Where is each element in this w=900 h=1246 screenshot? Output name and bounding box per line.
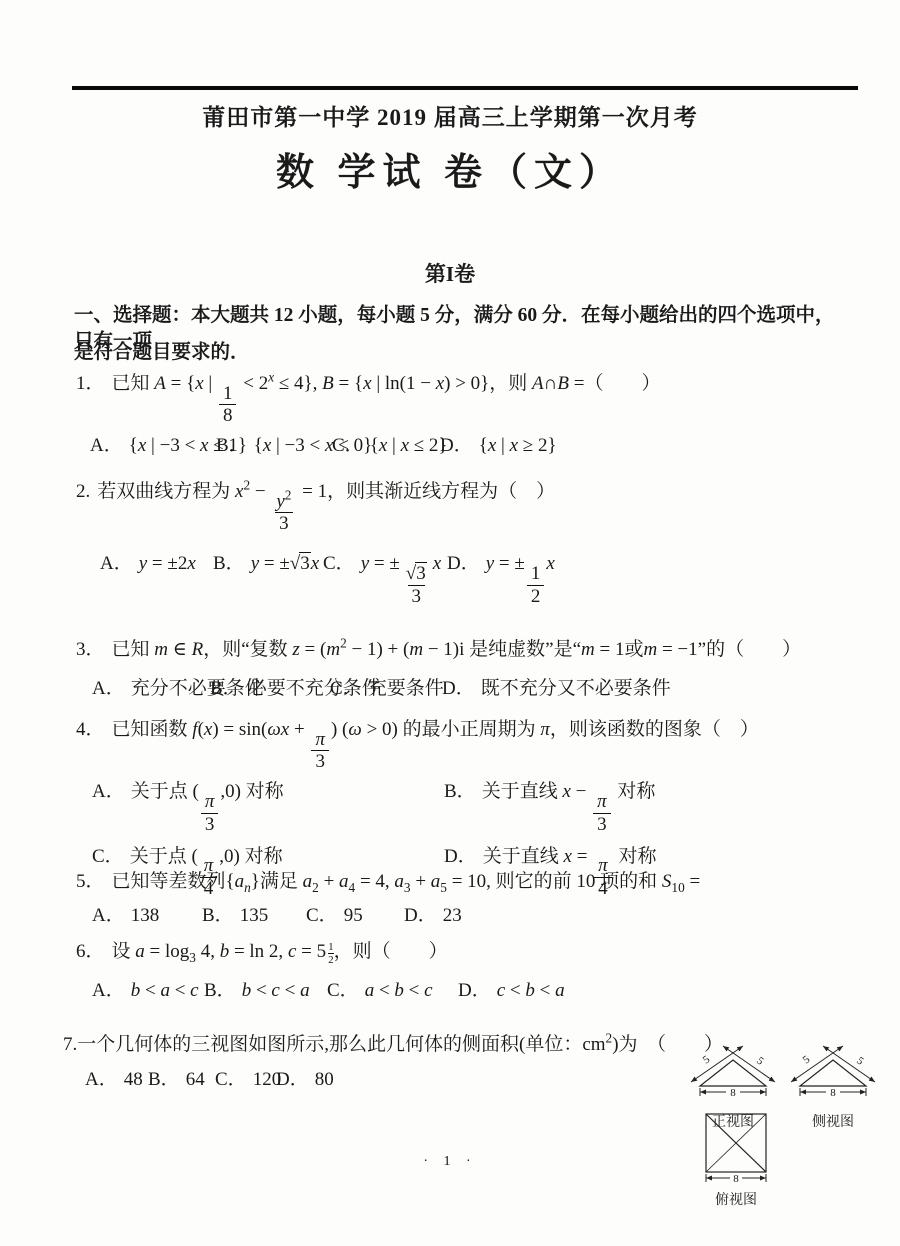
math-token: 3 bbox=[408, 585, 426, 607]
math-token: = 1，则其渐近线方程为（ ） bbox=[297, 481, 555, 502]
option-b: B．b < c < a bbox=[204, 979, 327, 1004]
math-token: c bbox=[424, 980, 432, 1001]
math-token: = { bbox=[166, 373, 195, 394]
option-a: A．138 bbox=[92, 904, 202, 929]
math-token: < bbox=[505, 980, 525, 1001]
math-token: 135 bbox=[240, 905, 269, 926]
option-a: A．{x | −3 < x ≤ 1} bbox=[90, 434, 216, 459]
math-token: 64 bbox=[186, 1069, 205, 1090]
math-token: x bbox=[363, 373, 371, 394]
dim-label: 8 bbox=[733, 1173, 739, 1185]
math-token: < bbox=[280, 980, 300, 1001]
math-token: 10 bbox=[671, 880, 684, 895]
math-token: 3 bbox=[416, 563, 426, 584]
option-d: D．y = ±12x bbox=[447, 552, 555, 606]
question-stem: 3．已知 m ∈ R，则“复数 z = (m2 − 1) + (m − 1)i … bbox=[76, 638, 866, 663]
option-label: C． bbox=[306, 905, 338, 926]
math-token: a bbox=[303, 871, 313, 892]
math-token: √3 bbox=[402, 564, 431, 585]
math-token: | bbox=[496, 435, 509, 456]
math-token: = { bbox=[334, 373, 363, 394]
math-token: 3 bbox=[404, 880, 411, 895]
question-number: 7. bbox=[63, 1034, 77, 1055]
school-line: 莆田市第一中学 2019 届高三上学期第一次月考 bbox=[0, 99, 900, 132]
math-token: = 10, 则它的前 10 项的和 bbox=[447, 871, 662, 892]
math-token: =（ ） bbox=[569, 373, 660, 394]
math-token: 12 bbox=[527, 564, 545, 607]
question-5: 5．已知等差数列{an}满足 a2 + a4 = 4, a3 + a5 = 10… bbox=[76, 870, 866, 928]
math-token: a bbox=[300, 980, 310, 1001]
dim-label: 8 bbox=[730, 1087, 736, 1099]
option-b: B．{x | −3 < x < 0} bbox=[216, 434, 332, 459]
option-text: b < a < c bbox=[131, 980, 199, 1001]
option-label: C． bbox=[332, 435, 364, 456]
question-number: 6． bbox=[76, 941, 105, 962]
question-stem: 6．设 a = log3 4, b = ln 2, c = 512，则（ ） bbox=[76, 940, 866, 966]
math-token: < 2 bbox=[238, 373, 268, 394]
math-token: 关于点 ( bbox=[130, 846, 198, 867]
math-token: x bbox=[433, 553, 441, 574]
math-token: π bbox=[593, 792, 611, 813]
math-token: ，则该函数的图象（ ） bbox=[550, 719, 759, 740]
math-token: c bbox=[497, 980, 505, 1001]
option-c: C．{x | x ≤ 2} bbox=[332, 434, 440, 459]
math-token: { bbox=[129, 435, 138, 456]
option-b: B．y = ±√3x bbox=[213, 552, 323, 577]
option-b: B．135 bbox=[202, 904, 306, 929]
question-text: 已知 m ∈ R，则“复数 z = (m2 − 1) + (m − 1)i 是纯… bbox=[112, 639, 802, 660]
option-label: D． bbox=[458, 980, 491, 1001]
side-view-icon: 5 5 8 bbox=[786, 1044, 880, 1110]
math-token: { bbox=[370, 435, 379, 456]
math-token: − 1) + ( bbox=[347, 639, 410, 660]
option-label: B． bbox=[202, 905, 234, 926]
math-token: x bbox=[187, 553, 195, 574]
math-token: = ±2 bbox=[147, 553, 187, 574]
math-token: 已知等差数列{ bbox=[112, 871, 235, 892]
math-token: = ± bbox=[259, 553, 290, 574]
math-token: 2 bbox=[285, 487, 292, 502]
top-view-icon: 8 bbox=[690, 1110, 782, 1188]
option-c: C．120 bbox=[215, 1068, 276, 1093]
math-token: 关于点 ( bbox=[131, 781, 199, 802]
math-token: 3 bbox=[311, 750, 329, 772]
math-token: a bbox=[339, 871, 349, 892]
math-token: + bbox=[289, 719, 309, 740]
math-token: m bbox=[326, 639, 340, 660]
math-token: = −1”的（ ） bbox=[657, 639, 801, 660]
math-token: 8 bbox=[219, 404, 237, 426]
option-b: B．关于直线 x − π3 对称 bbox=[444, 780, 866, 834]
three-view-figure: 5 5 8 正视图 5 5 bbox=[686, 1044, 892, 1210]
option-d: D．80 bbox=[276, 1068, 334, 1093]
math-token: < bbox=[140, 980, 160, 1001]
option-text: {x | x ≥ 2} bbox=[479, 435, 557, 456]
math-token: 3 bbox=[279, 513, 289, 534]
math-token: π bbox=[311, 730, 329, 751]
math-token: 2 bbox=[312, 880, 319, 895]
math-token: 3 bbox=[299, 552, 311, 574]
math-token: 95 bbox=[344, 905, 363, 926]
math-token: a bbox=[555, 980, 565, 1001]
math-token: π bbox=[201, 792, 219, 813]
option-text: 关于直线 x − π3 对称 bbox=[482, 781, 656, 802]
option-label: D． bbox=[444, 846, 477, 867]
math-token: { bbox=[479, 435, 488, 456]
math-token: y bbox=[361, 553, 369, 574]
math-token: 对称 bbox=[614, 846, 657, 867]
question-text: 已知 A = {x | 18 < 2x ≤ 4}, B = {x | ln(1 … bbox=[112, 373, 661, 394]
question-2: 2.若双曲线方程为 x2 − y23 = 1，则其渐近线方程为（ ） A．y =… bbox=[76, 480, 866, 607]
math-token: 3 bbox=[205, 814, 215, 835]
math-token: 23 bbox=[443, 905, 462, 926]
math-token: 3 bbox=[201, 813, 219, 835]
math-token: π bbox=[597, 791, 607, 812]
option-b: B．必要不充分条件 bbox=[210, 677, 330, 702]
math-token: y bbox=[276, 491, 284, 512]
option-a: A．b < a < c bbox=[92, 979, 204, 1004]
instructions-line-2: 是符合题目要求的． bbox=[74, 340, 844, 366]
question-number: 5． bbox=[76, 871, 105, 892]
option-label: A． bbox=[92, 781, 125, 802]
math-token: ) = sin( bbox=[212, 719, 267, 740]
math-token: 1 bbox=[531, 563, 541, 584]
question-stem: 4．已知函数 f(x) = sin(ωx + π3) (ω > 0) 的最小正周… bbox=[76, 718, 866, 772]
math-token: 已知 bbox=[112, 373, 155, 394]
option-label: A． bbox=[92, 905, 125, 926]
math-token: y23 bbox=[272, 492, 295, 535]
math-token: < bbox=[374, 980, 394, 1001]
math-token: √3 bbox=[406, 563, 427, 584]
math-token: b bbox=[131, 980, 141, 1001]
math-token: 一个几何体的三视图如图所示,那么此几何体的侧面积(单位：cm bbox=[77, 1034, 605, 1055]
math-token: − 1)i 是纯虚数”是“ bbox=[423, 639, 581, 660]
math-token: < bbox=[251, 980, 271, 1001]
option-a: A．关于点 (π3,0) 对称 bbox=[92, 780, 444, 834]
math-token: ω bbox=[348, 719, 361, 740]
math-token: | bbox=[204, 373, 217, 394]
option-c: C．a < b < c bbox=[327, 979, 458, 1004]
math-token: = log bbox=[145, 941, 190, 962]
option-text: 充要条件 bbox=[368, 678, 444, 699]
math-token: a bbox=[394, 871, 404, 892]
math-token: ∈ bbox=[168, 639, 192, 660]
math-token: ,0) 对称 bbox=[220, 781, 283, 802]
option-label: A． bbox=[85, 1069, 118, 1090]
option-text: 23 bbox=[443, 905, 462, 926]
math-token: A bbox=[154, 373, 166, 394]
dim-label: 8 bbox=[830, 1087, 836, 1099]
math-token: < bbox=[535, 980, 555, 1001]
option-label: B． bbox=[213, 553, 245, 574]
math-token: 5 bbox=[440, 880, 447, 895]
math-token: π3 bbox=[593, 792, 611, 835]
math-token: π bbox=[540, 719, 550, 740]
math-token: 设 bbox=[112, 941, 136, 962]
option-a: A．48 bbox=[85, 1068, 148, 1093]
options-row: A．充分不必要条件B．必要不充分条件C．充要条件D．既不充分又不必要条件 bbox=[76, 677, 866, 702]
option-label: C． bbox=[323, 553, 355, 574]
math-token: π bbox=[205, 791, 215, 812]
math-token: = bbox=[685, 871, 700, 892]
option-d: D．既不充分又不必要条件 bbox=[442, 677, 671, 702]
math-token: 充要条件 bbox=[368, 678, 444, 699]
math-token: R bbox=[192, 639, 204, 660]
side-view-figure: 5 5 8 侧视图 bbox=[786, 1044, 880, 1131]
math-token: 1 bbox=[527, 564, 545, 585]
math-token: a bbox=[135, 941, 145, 962]
math-token: ) > 0}，则 bbox=[444, 373, 532, 394]
dim-label: 5 bbox=[754, 1055, 766, 1068]
option-label: A． bbox=[92, 980, 125, 1001]
option-label: C． bbox=[327, 980, 359, 1001]
math-token: S bbox=[662, 871, 672, 892]
math-token: 关于直线 bbox=[482, 781, 563, 802]
dim-label: 5 bbox=[801, 1053, 813, 1066]
part-title: 第I卷 bbox=[0, 258, 900, 288]
math-token: 对称 bbox=[613, 781, 656, 802]
option-d: D．23 bbox=[404, 904, 462, 929]
option-text: a < b < c bbox=[365, 980, 433, 1001]
math-token: ≤ 4}, bbox=[274, 373, 322, 394]
question-text: 一个几何体的三视图如图所示,那么此几何体的侧面积(单位：cm2)为 （ ） bbox=[77, 1034, 723, 1055]
math-token: b bbox=[394, 980, 404, 1001]
option-text: 64 bbox=[186, 1069, 205, 1090]
math-token: π3 bbox=[201, 792, 219, 835]
math-token: 已知函数 bbox=[112, 719, 193, 740]
math-token: 2 bbox=[531, 586, 541, 607]
option-text: y = ±2x bbox=[139, 553, 196, 574]
option-text: b < c < a bbox=[242, 980, 310, 1001]
math-token: = bbox=[572, 846, 592, 867]
math-token: 2 bbox=[285, 487, 292, 502]
math-token: a bbox=[431, 871, 441, 892]
options-row: A．y = ±2xB．y = ±√3xC．y = ±√33xD．y = ±12x bbox=[76, 552, 866, 606]
option-text: 48 bbox=[124, 1069, 143, 1090]
question-3: 3．已知 m ∈ R，则“复数 z = (m2 − 1) + (m − 1)i … bbox=[76, 638, 866, 701]
option-text: 关于直线 x = π4 对称 bbox=[483, 846, 657, 867]
option-label: A． bbox=[92, 678, 125, 699]
top-view-caption: 俯视图 bbox=[690, 1189, 782, 1209]
option-a: A．y = ±2x bbox=[100, 552, 213, 577]
option-text: 138 bbox=[131, 905, 160, 926]
math-token: 3 bbox=[593, 813, 611, 835]
option-c: C．y = ±√33x bbox=[323, 552, 447, 606]
option-b: B．64 bbox=[148, 1068, 215, 1093]
option-text: 关于点 (π4,0) 对称 bbox=[130, 846, 283, 867]
math-token: m bbox=[409, 639, 423, 660]
math-token: ) ( bbox=[331, 719, 348, 740]
math-token: y2 bbox=[272, 492, 295, 513]
question-text: 已知等差数列{an}满足 a2 + a4 = 4, a3 + a5 = 10, … bbox=[112, 871, 701, 892]
option-label: B． bbox=[210, 678, 242, 699]
question-number: 2. bbox=[76, 481, 90, 502]
math-token: 5 bbox=[440, 880, 447, 895]
option-text: 关于点 (π3,0) 对称 bbox=[131, 781, 284, 802]
math-token: ≥ 2} bbox=[518, 435, 557, 456]
option-label: B． bbox=[444, 781, 476, 802]
math-token: n bbox=[244, 880, 251, 895]
math-token: √33 bbox=[402, 564, 431, 607]
options-row: A．138B．135C．95D．23 bbox=[76, 904, 866, 929]
math-token: m bbox=[581, 639, 595, 660]
math-token: m bbox=[643, 639, 657, 660]
math-token: 138 bbox=[131, 905, 160, 926]
option-d: D．{x | x ≥ 2} bbox=[440, 434, 557, 459]
math-token: 3 bbox=[275, 512, 293, 534]
option-label: D． bbox=[440, 435, 473, 456]
exam-title: 数 学试 卷（文） bbox=[0, 141, 900, 196]
math-token: 3 bbox=[404, 880, 411, 895]
math-token: ωx bbox=[267, 719, 289, 740]
page-number: · 1 · bbox=[0, 1154, 900, 1170]
option-c: C．充要条件 bbox=[330, 677, 442, 702]
option-text: c < b < a bbox=[497, 980, 565, 1001]
math-token: 已知 bbox=[112, 639, 155, 660]
option-label: C． bbox=[92, 846, 124, 867]
math-token: z bbox=[292, 639, 299, 660]
math-token: x bbox=[562, 781, 570, 802]
math-token: 2 bbox=[527, 585, 545, 607]
option-c: C．95 bbox=[306, 904, 404, 929]
math-token: √3 bbox=[290, 553, 311, 574]
math-token: n bbox=[244, 880, 251, 895]
option-label: D． bbox=[404, 905, 437, 926]
math-token: = 1或 bbox=[595, 639, 644, 660]
question-number: 1． bbox=[76, 373, 105, 394]
math-token: | −3 < bbox=[271, 435, 325, 456]
math-token: }满足 bbox=[251, 871, 303, 892]
option-label: D． bbox=[276, 1069, 309, 1090]
math-token: 3 bbox=[189, 950, 196, 965]
math-token: b bbox=[525, 980, 535, 1001]
math-token: 2 bbox=[312, 880, 319, 895]
math-token: − bbox=[250, 481, 270, 502]
math-token: x bbox=[311, 553, 319, 574]
math-token: = 4, bbox=[355, 871, 394, 892]
options-row: A．{x | −3 < x ≤ 1}B．{x | −3 < x < 0}C．{x… bbox=[76, 434, 866, 459]
math-token: 3 bbox=[300, 553, 310, 574]
math-token: 1 bbox=[223, 383, 233, 404]
math-token: 18 bbox=[219, 384, 237, 427]
math-token: x bbox=[263, 435, 271, 456]
math-token: 3 bbox=[412, 586, 422, 607]
math-token: 2 bbox=[340, 636, 347, 651]
question-stem: 5．已知等差数列{an}满足 a2 + a4 = 4, a3 + a5 = 10… bbox=[76, 870, 866, 895]
math-token: 若双曲线方程为 bbox=[97, 481, 235, 502]
math-token: a bbox=[235, 871, 245, 892]
question-number: 3． bbox=[76, 639, 105, 660]
math-token: | bbox=[387, 435, 400, 456]
math-token: c bbox=[271, 980, 279, 1001]
math-token: 48 bbox=[124, 1069, 143, 1090]
option-text: y = ±√3x bbox=[251, 553, 319, 574]
dim-label: 5 bbox=[854, 1055, 866, 1068]
math-token: = ( bbox=[300, 639, 327, 660]
math-token: y bbox=[251, 553, 259, 574]
option-text: 135 bbox=[240, 905, 269, 926]
math-token: 关于直线 bbox=[483, 846, 564, 867]
question-number: 4． bbox=[76, 719, 105, 740]
math-token: 既不充分又不必要条件 bbox=[481, 678, 671, 699]
math-token: − bbox=[571, 781, 591, 802]
math-token: = ± bbox=[494, 553, 525, 574]
math-token: + bbox=[411, 871, 431, 892]
math-token: x bbox=[564, 846, 572, 867]
option-label: D． bbox=[447, 553, 480, 574]
option-a: A．充分不必要条件 bbox=[92, 677, 210, 702]
math-token: 2 bbox=[340, 636, 347, 651]
math-token: x bbox=[195, 373, 203, 394]
math-token: y bbox=[139, 553, 147, 574]
math-token: π bbox=[315, 729, 325, 750]
math-token: x bbox=[401, 435, 409, 456]
math-token: ，则（ ） bbox=[334, 941, 448, 962]
math-token: a bbox=[365, 980, 375, 1001]
math-token: 8 bbox=[223, 405, 233, 426]
math-token: 3 bbox=[597, 814, 607, 835]
math-token: c bbox=[190, 980, 198, 1001]
question-1: 1．已知 A = {x | 18 < 2x ≤ 4}, B = {x | ln(… bbox=[76, 372, 866, 459]
math-token: ∩ bbox=[544, 373, 558, 394]
option-label: C． bbox=[330, 678, 362, 699]
math-token: > 0) 的最小正周期为 bbox=[362, 719, 541, 740]
option-label: B． bbox=[204, 980, 236, 1001]
math-token: a bbox=[160, 980, 170, 1001]
option-label: A． bbox=[90, 435, 123, 456]
math-token: 80 bbox=[315, 1069, 334, 1090]
math-token: x bbox=[379, 435, 387, 456]
option-text: 既不充分又不必要条件 bbox=[481, 678, 671, 699]
options-row: A．b < a < cB．b < c < aC．a < b < cD．c < b… bbox=[76, 979, 866, 1004]
option-label: B． bbox=[216, 435, 248, 456]
option-text: 95 bbox=[344, 905, 363, 926]
math-token: = 5 bbox=[296, 941, 326, 962]
math-token: | −3 < bbox=[146, 435, 200, 456]
side-view-caption: 侧视图 bbox=[786, 1111, 880, 1131]
math-token: = ± bbox=[369, 553, 400, 574]
math-token: B bbox=[557, 373, 569, 394]
question-6: 6．设 a = log3 4, b = ln 2, c = 512，则（ ） A… bbox=[76, 940, 866, 1004]
math-token: | ln(1 − bbox=[372, 373, 436, 394]
exam-page: 莆田市第一中学 2019 届高三上学期第一次月考 数 学试 卷（文） 第I卷 一… bbox=[0, 0, 900, 1246]
math-token: B bbox=[322, 373, 334, 394]
option-text: y = ±√33x bbox=[361, 553, 441, 574]
dim-label: 5 bbox=[701, 1053, 713, 1066]
math-token: 3 bbox=[415, 562, 427, 584]
question-text: 若双曲线方程为 x2 − y23 = 1，则其渐近线方程为（ ） bbox=[97, 481, 555, 502]
math-token: A bbox=[532, 373, 544, 394]
math-token: x bbox=[510, 435, 518, 456]
question-stem: 2.若双曲线方程为 x2 − y23 = 1，则其渐近线方程为（ ） bbox=[76, 480, 866, 534]
math-token: = ln 2, bbox=[229, 941, 288, 962]
math-token: π3 bbox=[311, 730, 329, 773]
math-token: < bbox=[170, 980, 190, 1001]
option-d: D．c < b < a bbox=[458, 979, 565, 1004]
math-token: ，则“复数 bbox=[203, 639, 292, 660]
math-token: 1 bbox=[219, 384, 237, 405]
math-token: x bbox=[546, 553, 554, 574]
option-text: 80 bbox=[315, 1069, 334, 1090]
option-text: y = ±12x bbox=[486, 553, 555, 574]
option-text: {x | x ≤ 2} bbox=[370, 435, 448, 456]
math-token: m bbox=[154, 639, 168, 660]
option-label: A． bbox=[100, 553, 133, 574]
option-label: C． bbox=[215, 1069, 247, 1090]
option-label: B． bbox=[148, 1069, 180, 1090]
math-token: 10 bbox=[671, 880, 684, 895]
math-token: y bbox=[486, 553, 494, 574]
